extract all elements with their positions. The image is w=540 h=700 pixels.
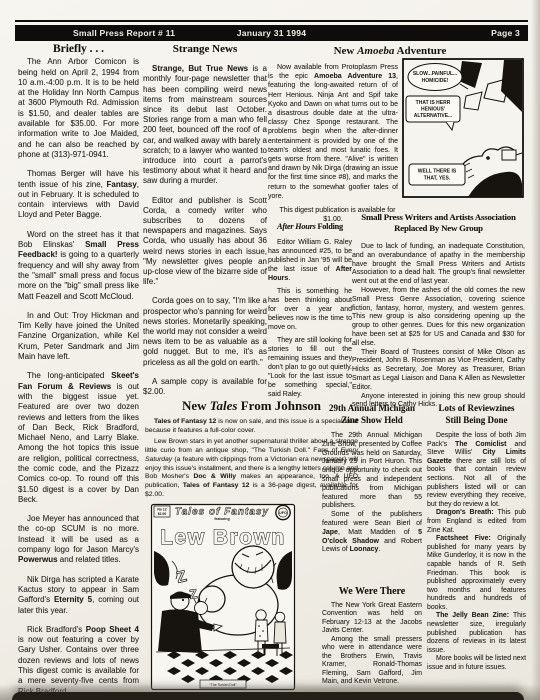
- section-strange-news: Strange News Strange, But True News is a…: [143, 44, 267, 406]
- top-rule: [15, 20, 528, 22]
- paragraph: The New York Great Eastern Convention wa…: [322, 602, 422, 636]
- paragraph: Among the small pressers who were in att…: [322, 636, 422, 687]
- section-heading-reviewzines-line2: Still Being Done: [427, 415, 526, 427]
- paragraph: Corda goes on to say, "I'm like a prospe…: [143, 296, 267, 367]
- section-heading-we-were-there: We Were There: [322, 588, 422, 597]
- section-heading-reviewzines-line1: Lots of Reviewzines: [427, 403, 526, 415]
- paragraph: Factsheet Five: Originally published for…: [427, 535, 526, 612]
- section-heading-after-hours: After Hours Folding: [268, 222, 352, 231]
- paragraph: Word on the street has it that Bob Elins…: [18, 230, 139, 302]
- cover-featuring-label: featuring: [214, 517, 229, 521]
- paragraph: Due to lack of funding, an inadequate Co…: [352, 243, 525, 287]
- svg-text:UFO: UFO: [279, 511, 287, 515]
- section-heading-strange-news: Strange News: [143, 44, 267, 54]
- paragraph: This is something he has been thinking a…: [268, 287, 352, 332]
- tales-of-fantasy-cover-image: No 12 $2.00 Tales of Fantasy featuring U…: [150, 503, 296, 691]
- paragraph: A sample copy is available for $2.00.: [143, 377, 267, 397]
- masthead-title: Small Press Report # 11: [73, 28, 237, 38]
- bubble-2-line-1: THAT IS HERR: [416, 100, 451, 106]
- paragraph: Editor William G. Raley has announced #2…: [268, 238, 352, 283]
- paragraph: Despite the loss of both Jim Pack's The …: [427, 432, 526, 509]
- section-michigan-zine-show: 29th Annual Michigan Zine Show Held The …: [322, 403, 422, 555]
- masthead-page-number: Page 3: [306, 28, 520, 38]
- section-after-hours: After Hours Folding Editor William G. Ra…: [268, 222, 352, 403]
- paragraph: Dragon's Breath: This pub from England i…: [427, 509, 526, 535]
- section-briefly: Briefly . . . The Ann Arbor Comicon is b…: [18, 44, 139, 700]
- masthead-date: January 31 1994: [237, 28, 306, 38]
- bubble-2-line-3: ALTERNATIVE...: [414, 113, 453, 119]
- section-heading-briefly: Briefly . . .: [18, 44, 139, 54]
- paragraph: However, from the ashes of the old comes…: [352, 287, 525, 349]
- paragraph: Nik Dirga has scripted a Karate Kactus s…: [18, 575, 139, 616]
- paragraph: Some of the publishers featured were Sea…: [322, 511, 422, 555]
- cover-title: Tales of Fantasy: [175, 507, 269, 518]
- bubble-1-line-2: HOMICIDE!: [422, 78, 449, 84]
- scan-shadow-bottom: [12, 692, 524, 700]
- ufo-logo-icon: UFO: [276, 505, 290, 519]
- section-heading-michigan-line1: 29th Annual Michigan: [322, 403, 422, 415]
- paragraph: More books will be listed next issue and…: [427, 655, 526, 672]
- paragraph: In and Out: Troy Hickman and Tim Kelly h…: [18, 311, 139, 362]
- section-we-were-there: We Were There The New York Great Eastern…: [322, 588, 422, 687]
- paragraph: They are still looking for stories to fi…: [268, 336, 352, 399]
- paragraph: The Ann Arbor Comicon is being held on A…: [18, 57, 139, 160]
- paragraph: Editor and publisher is Scott Corda, a c…: [143, 196, 267, 288]
- section-spwaa: Small Press Writers and Artists Associat…: [352, 212, 525, 410]
- bubble-2-line-2: HENIOUS': [421, 107, 445, 113]
- section-heading-michigan-line2: Zine Show Held: [322, 415, 422, 427]
- amoeba-comic-panel-image: SLOW...PAINFUL... HOMICIDE! THAT IS HERR…: [402, 58, 524, 198]
- speech-bubble-3: WELL THERE IS THAT, YES.: [409, 164, 465, 185]
- paragraph: The 29th Annual Michigan Zine Show, pres…: [322, 432, 422, 511]
- cover-price: $2.00: [158, 512, 167, 516]
- newsletter-page: Small Press Report # 11 January 31 1994 …: [0, 0, 540, 700]
- scan-edge-right: [531, 0, 540, 700]
- bubble-3-line-1: WELL THERE IS: [418, 169, 457, 175]
- paragraph: Now available from Protoplasm Press is t…: [268, 63, 398, 201]
- bubble-3-line-2: THAT, YES.: [424, 176, 451, 182]
- paragraph: Strange, But True News is a monthly four…: [143, 64, 267, 186]
- section-heading-amoeba: New Amoeba Adventure: [268, 45, 512, 57]
- cover-star-name: Lew Brown: [160, 526, 286, 549]
- paragraph: The long-anticipated Skeet's Fan Forum &…: [18, 371, 139, 505]
- cover-issue-number: No 12: [157, 508, 166, 512]
- paragraph: Thomas Berger will have his tenth issue …: [18, 169, 139, 220]
- bubble-1-line-1: SLOW...PAINFUL...: [413, 71, 458, 77]
- masthead: Small Press Report # 11 January 31 1994 …: [15, 25, 528, 41]
- paragraph: Joe Meyer has announced that the co-op S…: [18, 514, 139, 565]
- paragraph: The Jelly Bean Zine: This newsletter siz…: [427, 612, 526, 655]
- section-heading-spwaa-line2: Replaced By New Group: [352, 223, 525, 234]
- section-heading-spwaa-line1: Small Press Writers and Artists Associat…: [352, 212, 525, 223]
- section-reviewzines: Lots of Reviewzines Still Being Done Des…: [427, 403, 526, 673]
- section-amoeba: Now available from Protoplasm Press is t…: [268, 63, 398, 229]
- paragraph: Their Board of Trustees consist of Mike …: [352, 349, 525, 393]
